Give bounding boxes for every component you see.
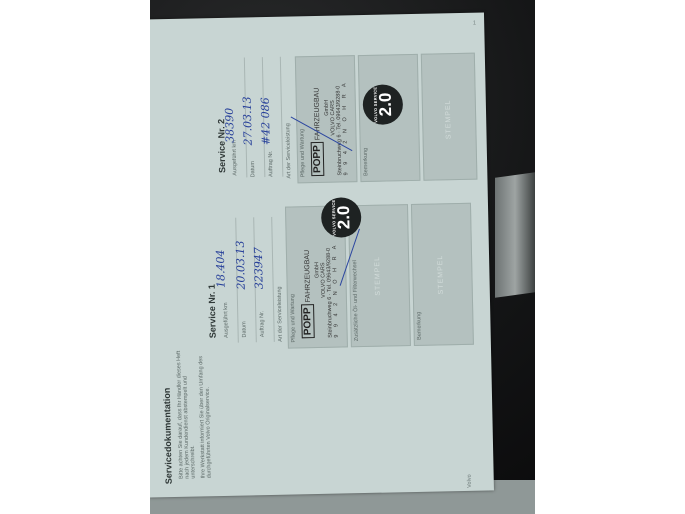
service-2-field-type-label: Art der Serviceleistung: [285, 123, 292, 178]
service-2-date-value: 27.03.13: [241, 96, 255, 145]
intro-title: Servicedokumentation: [162, 388, 174, 485]
service-1-title: Service Nr. 1: [207, 284, 218, 338]
service-2-km-value: 38390: [223, 108, 237, 143]
footer-note: Volvo: [467, 474, 473, 488]
seat-trim: [495, 172, 535, 298]
service-1-field-date-label: Datum: [241, 321, 247, 337]
photo: 1 SERVICE UND PFLEGE Servicedokumentatio…: [150, 0, 535, 514]
page-number: 1: [473, 21, 476, 27]
service-1-field-order-label: Auftrag Nr.: [259, 311, 266, 337]
dealer-stamp-1: POPPFAHRZEUGBAU GmbH VOLVO CARS Steinbru…: [296, 243, 340, 339]
service-1-field-km-label: Ausgeführt km: [223, 302, 230, 338]
intro-para-2: Ihre Werkstatt informiert Sie über den U…: [198, 348, 213, 478]
service-2-order-value: #42 086: [259, 97, 273, 145]
service-2-stamp-box: STEMPEL: [421, 53, 478, 181]
service-1-field-type-label: Art der Serviceleistung: [277, 286, 284, 341]
service-booklet-page: 1 SERVICE UND PFLEGE Servicedokumentatio…: [150, 12, 494, 497]
service-1-km-value: 18.404: [214, 249, 228, 288]
service-1-date-value: 20.03.13: [234, 240, 248, 289]
service-2-field-date-label: Datum: [250, 161, 256, 177]
service-2-field-km-label: Ausgeführt km: [232, 140, 239, 176]
service-2-field-order-label: Auftrag Nr.: [268, 151, 275, 177]
service-1-order-value: 323947: [252, 247, 266, 289]
service-1-remarks-box: Bemerkung STEMPEL: [411, 203, 474, 346]
intro-para-1: Bitte achten Sie darauf, dass Ihr Händle…: [176, 349, 197, 479]
